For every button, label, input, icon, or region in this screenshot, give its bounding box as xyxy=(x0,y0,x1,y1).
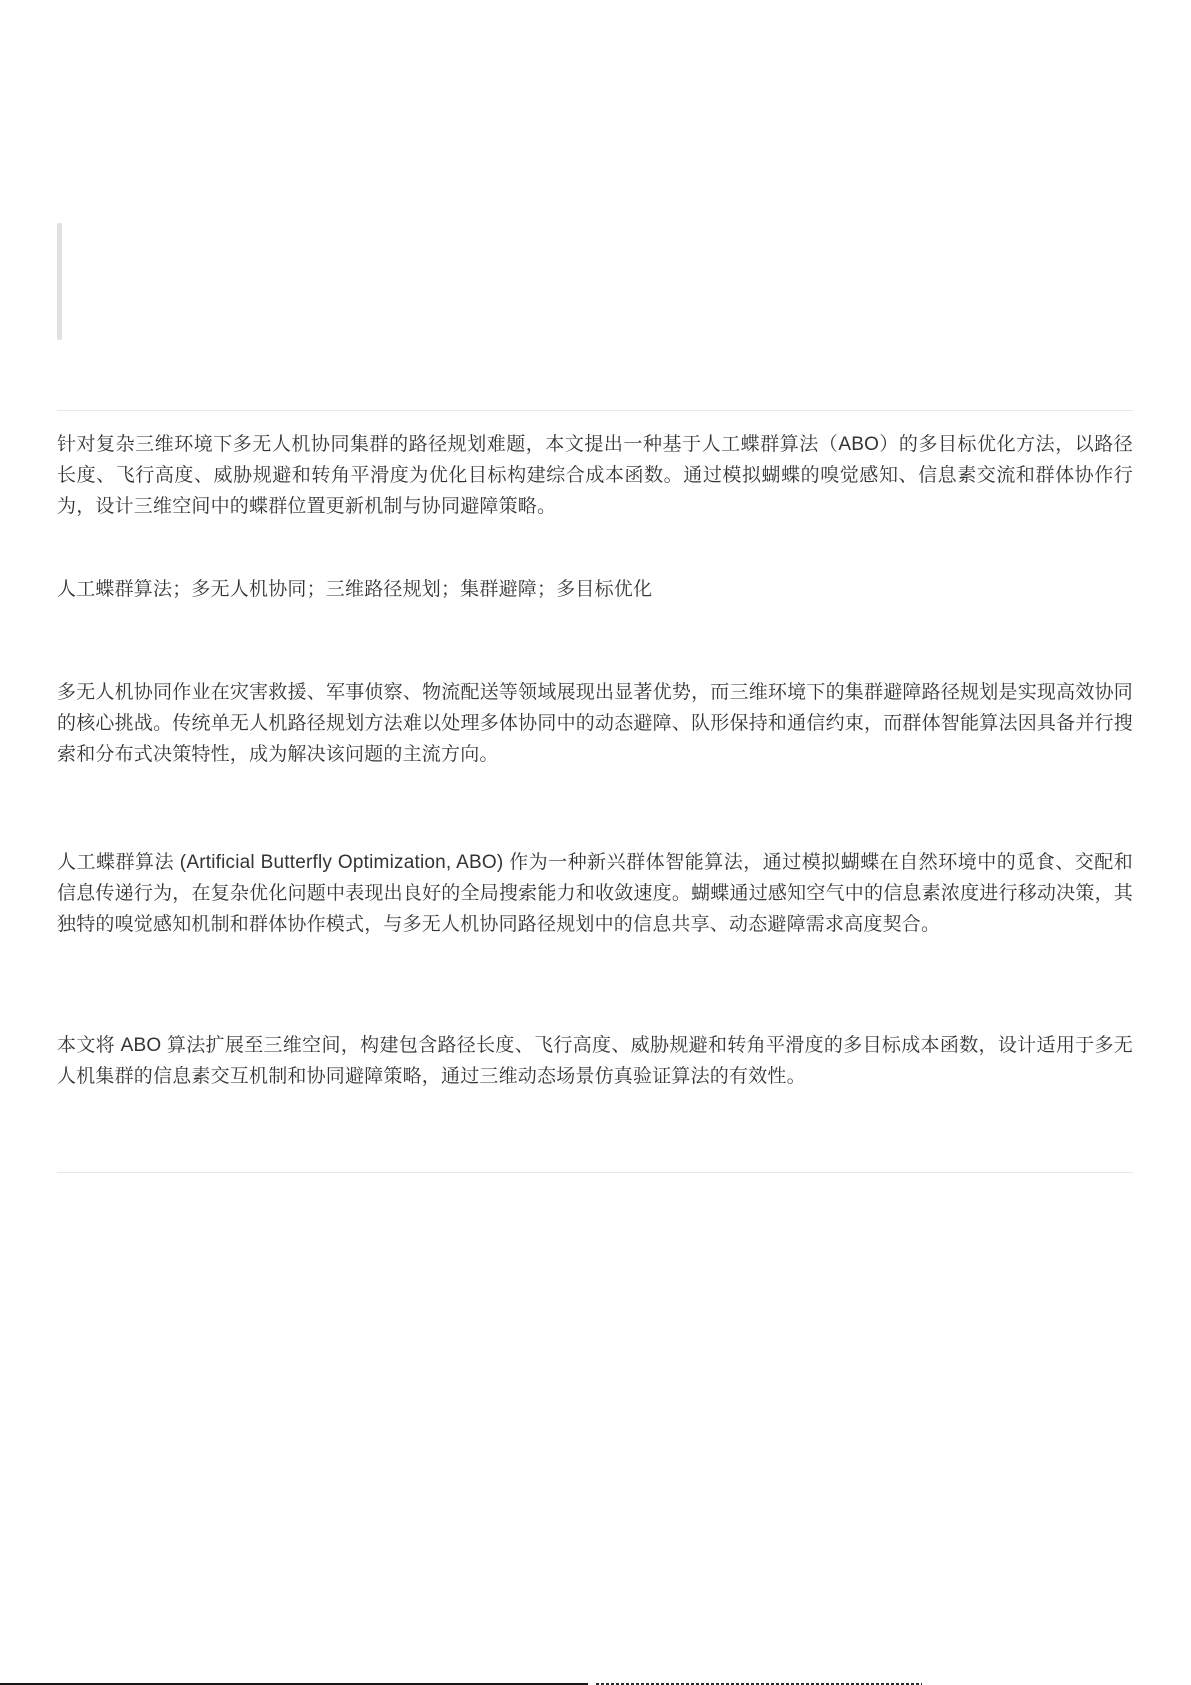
section-divider-top xyxy=(57,410,1133,411)
section-divider-bottom xyxy=(57,1172,1133,1173)
intro-paragraph-3: 本文将 ABO 算法扩展至三维空间，构建包含路径长度、飞行高度、威胁规避和转角平… xyxy=(57,1030,1133,1092)
abstract-paragraph: 针对复杂三维环境下多无人机协同集群的路径规划难题，本文提出一种基于人工蝶群算法（… xyxy=(57,429,1133,522)
intro-paragraph-1: 多无人机协同作业在灾害救援、军事侦察、物流配送等领域展现出显著优势，而三维环境下… xyxy=(57,677,1133,770)
keywords-line: 人工蝶群算法；多无人机协同；三维路径规划；集群避障；多目标优化 xyxy=(57,574,1133,605)
intro-paragraph-2: 人工蝶群算法 (Artificial Butterfly Optimizatio… xyxy=(57,847,1133,940)
empty-blockquote-bar xyxy=(57,223,62,340)
document-page: 针对复杂三维环境下多无人机协同集群的路径规划难题，本文提出一种基于人工蝶群算法（… xyxy=(0,0,1191,1685)
